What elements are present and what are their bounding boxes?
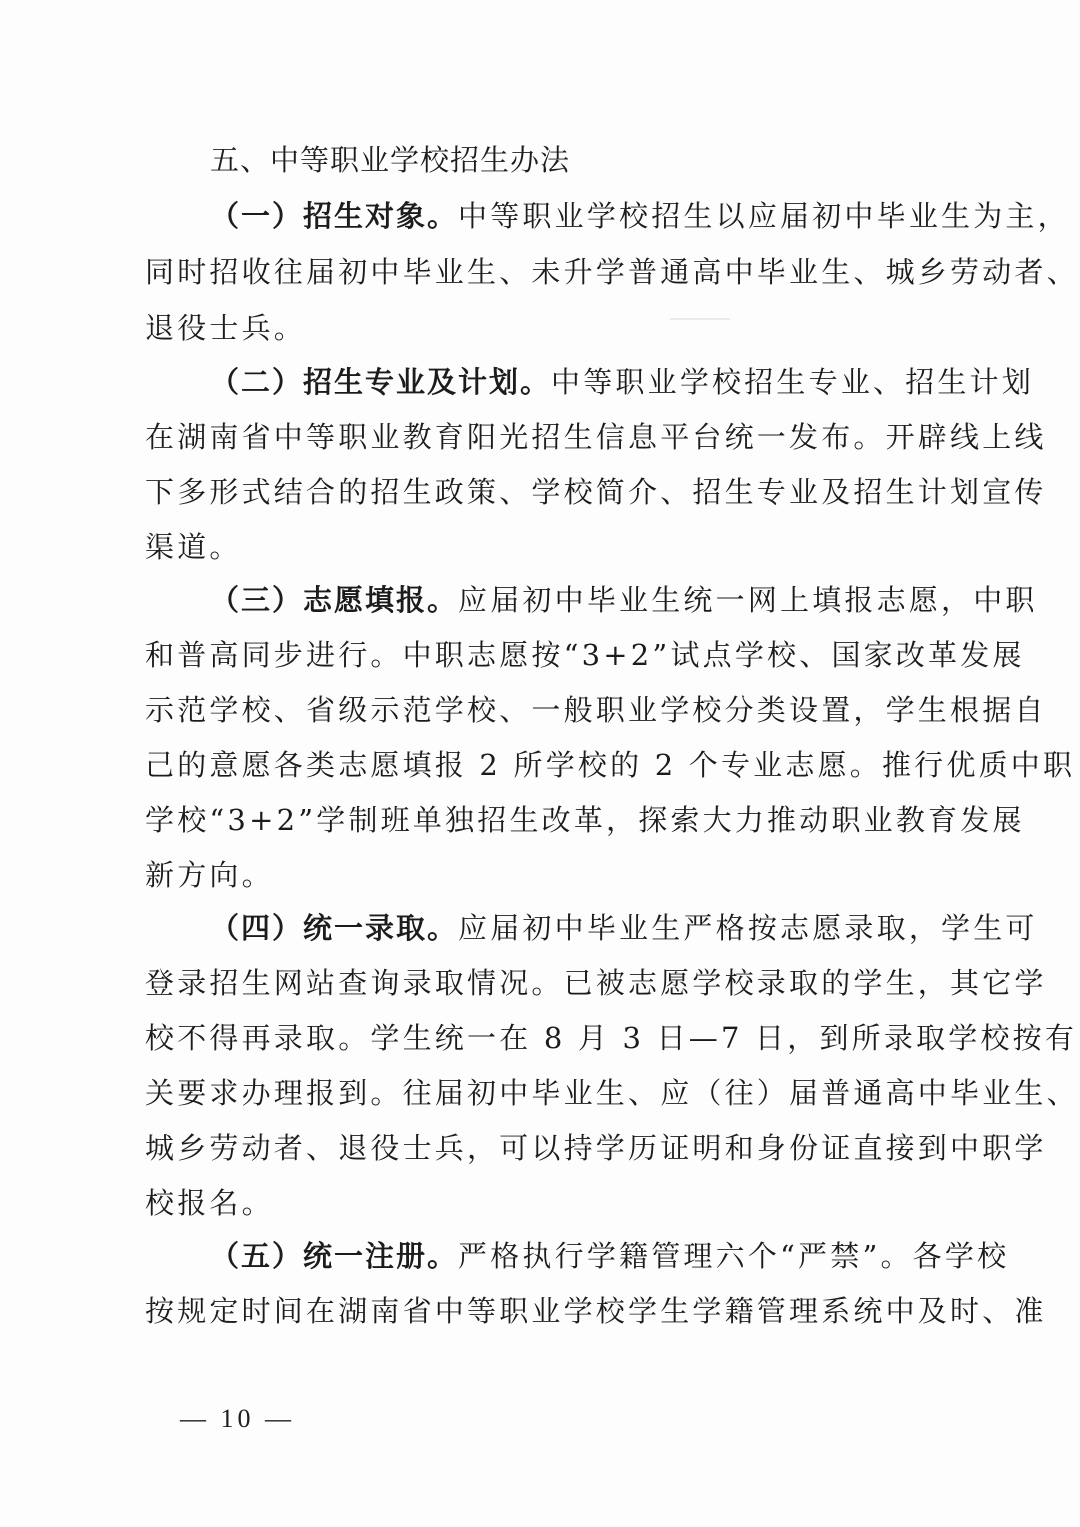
document-page: 五、中等职业学校招生办法 （一）招生对象。中等职业学校招生以应届初中毕业生为主，… [0,0,1080,1527]
paragraph-5-line-1: （五）统一注册。严格执行学籍管理六个“严禁”。各学校 [210,1236,945,1276]
paragraph-3-line-6: 新方向。 [145,855,945,895]
paragraph-2-line-4: 渠道。 [145,527,945,567]
paragraph-3-title: （三）志愿填报。 [210,583,458,617]
paragraph-1-title: （一）招生对象。 [210,199,458,233]
paragraph-3-line-4: 己的意愿各类志愿填报 2 所学校的 2 个专业志愿。推行优质中职 [145,745,945,785]
paragraph-4-text: 应届初中毕业生严格按志愿录取，学生可 [458,911,1038,945]
paragraph-3-line-5: 学校“3+2”学制班单独招生改革，探索大力推动职业教育发展 [145,800,945,840]
paragraph-3-line-3: 示范学校、省级示范学校、一般职业学校分类设置，学生根据自 [145,690,945,730]
paragraph-4-line-1: （四）统一录取。应届初中毕业生严格按志愿录取，学生可 [210,908,945,948]
paragraph-2-title: （二）招生专业及计划。 [210,365,551,399]
paragraph-2-line-2: 在湖南省中等职业教育阳光招生信息平台统一发布。开辟线上线 [145,417,945,457]
paragraph-5-line-2: 按规定时间在湖南省中等职业学校学生学籍管理系统中及时、准 [145,1291,945,1331]
paragraph-1-line-3: 退役士兵。 [145,308,945,348]
paragraph-4-line-2: 登录招生网站查询录取情况。已被志愿学校录取的学生，其它学 [145,963,945,1003]
paragraph-1-line-2: 同时招收往届初中毕业生、未升学普通高中毕业生、城乡劳动者、 [145,252,945,292]
paragraph-4-line-3: 校不得再录取。学生统一在 8 月 3 日—7 日，到所录取学校按有 [145,1018,945,1058]
paragraph-3-line-2: 和普高同步进行。中职志愿按“3+2”试点学校、国家改革发展 [145,635,945,675]
section-heading: 五、中等职业学校招生办法 [210,140,945,180]
paragraph-3-text: 应届初中毕业生统一网上填报志愿，中职 [458,583,1038,617]
paragraph-4-title: （四）统一录取。 [210,911,458,945]
scan-artifact [670,318,730,320]
paragraph-2-line-1: （二）招生专业及计划。中等职业学校招生专业、招生计划 [210,362,945,402]
paragraph-5-title: （五）统一注册。 [210,1239,458,1273]
paragraph-1-line-1: （一）招生对象。中等职业学校招生以应届初中毕业生为主， [210,196,945,236]
paragraph-2-text: 中等职业学校招生专业、招生计划 [551,365,1034,399]
paragraph-4-line-6: 校报名。 [145,1183,945,1223]
paragraph-3-line-1: （三）志愿填报。应届初中毕业生统一网上填报志愿，中职 [210,580,945,620]
page-number: — 10 — [180,1404,295,1434]
paragraph-4-line-5: 城乡劳动者、退役士兵，可以持学历证明和身份证直接到中职学 [145,1128,945,1168]
paragraph-5-text: 严格执行学籍管理六个“严禁”。各学校 [458,1239,1009,1273]
paragraph-1-text: 中等职业学校招生以应届初中毕业生为主， [458,199,1070,233]
paragraph-2-line-3: 下多形式结合的招生政策、学校简介、招生专业及招生计划宣传 [145,472,945,512]
paragraph-4-line-4: 关要求办理报到。往届初中毕业生、应（往）届普通高中毕业生、 [145,1073,945,1113]
